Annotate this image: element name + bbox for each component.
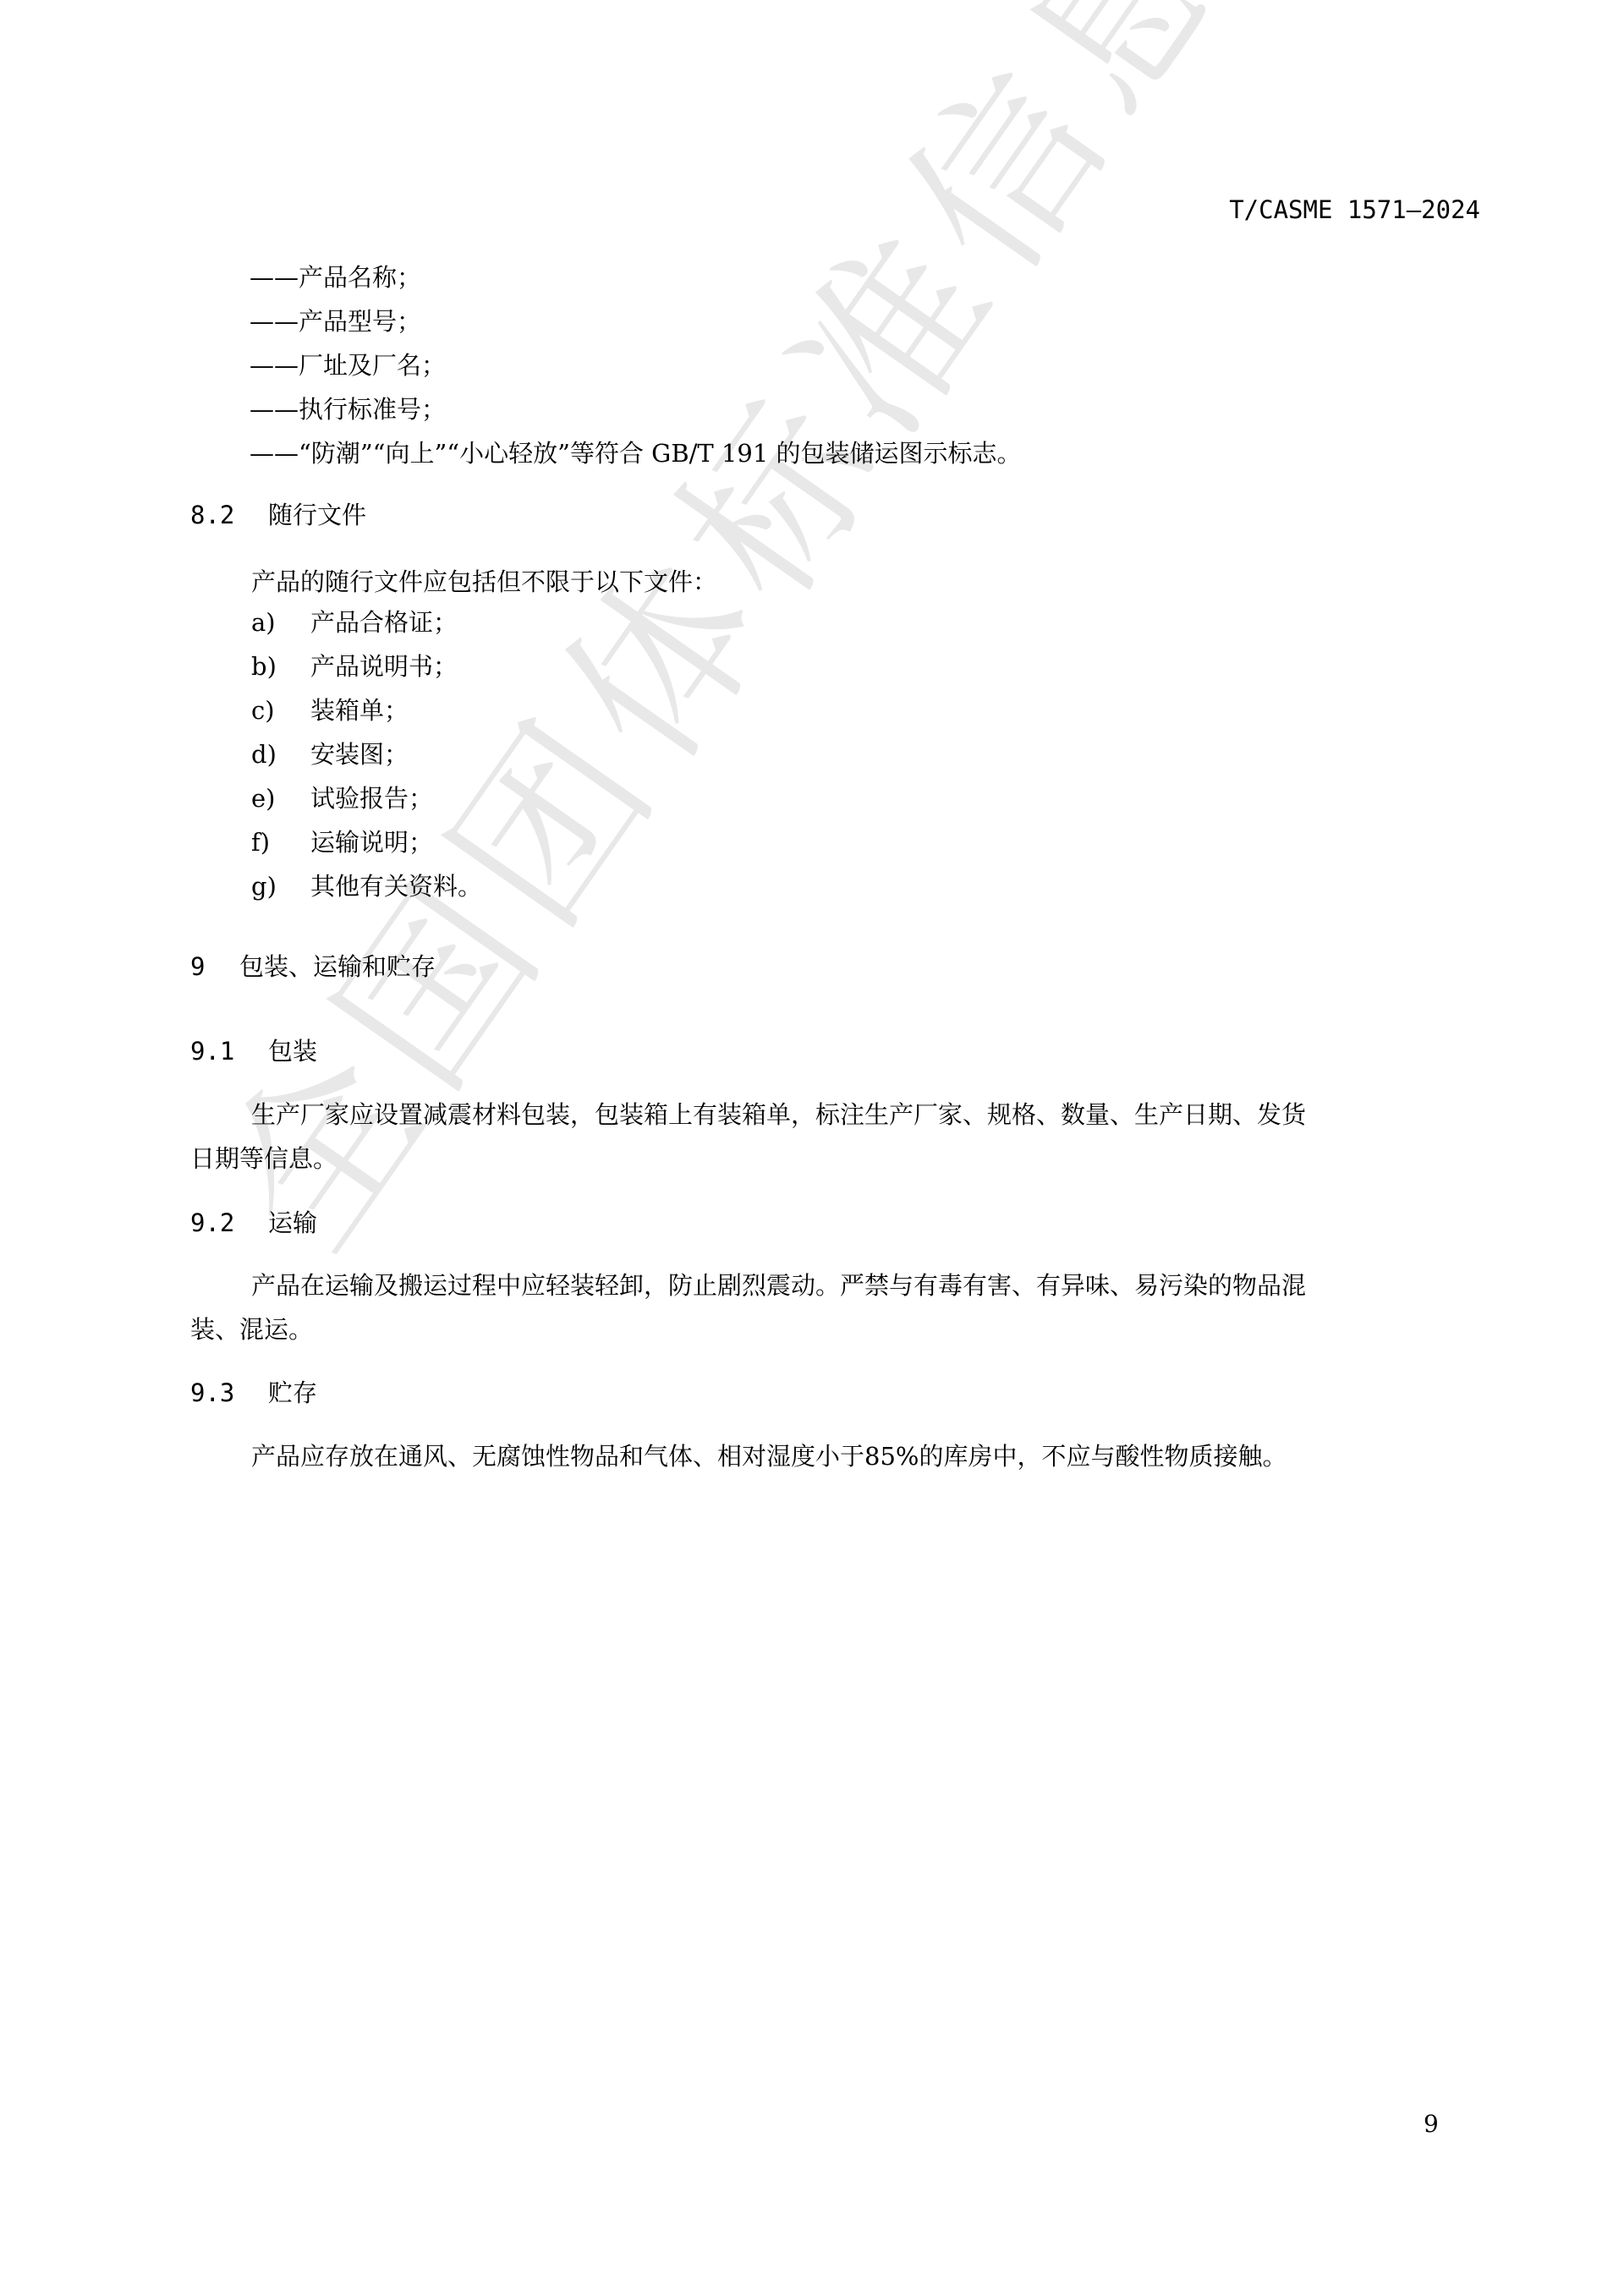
section-title: 包装 <box>268 1037 317 1066</box>
list-item: a)产品合格证； <box>251 611 458 635</box>
section-heading-9-2: 9.2运输 <box>190 1211 317 1236</box>
marking-item-standard-number: ——执行标准号； <box>250 397 446 422</box>
section-heading-8-2: 8.2随行文件 <box>190 503 366 528</box>
section-number: 8.2 <box>190 503 268 528</box>
section-title: 贮存 <box>268 1378 317 1407</box>
list-item: f)运输说明； <box>251 830 433 855</box>
section-title: 运输 <box>268 1208 317 1237</box>
section-heading-9-1: 9.1包装 <box>190 1039 317 1064</box>
marking-item-product-model: ——产品型号； <box>250 310 421 334</box>
list-item: g)其他有关资料。 <box>251 874 482 899</box>
list-item-label: g) <box>251 874 310 899</box>
section-9-3-paragraph: 产品应存放在通风、无腐蚀性物品和气体、相对湿度小于85%的库房中，不应与酸性物质… <box>251 1444 1287 1469</box>
list-item: c)装箱单； <box>251 699 409 723</box>
section-9-1-paragraph-line-1: 生产厂家应设置减震材料包装，包装箱上有装箱单，标注生产厂家、规格、数量、生产日期… <box>251 1103 1306 1127</box>
page-number: 9 <box>1424 2112 1439 2136</box>
list-item-text: 安装图； <box>310 740 409 769</box>
section-8-2-intro: 产品的随行文件应包括但不限于以下文件： <box>251 570 717 595</box>
list-item-text: 其他有关资料。 <box>310 872 482 901</box>
list-item-text: 装箱单； <box>310 696 409 725</box>
marking-item-storage-symbols: ——“防潮”“向上”“小心轻放”等符合 GB/T 191 的包装储运图示标志。 <box>250 441 1022 466</box>
list-item-label: a) <box>251 611 310 635</box>
list-item-label: e) <box>251 786 310 811</box>
list-item-label: b) <box>251 655 310 679</box>
section-number: 9.3 <box>190 1381 268 1406</box>
marking-item-factory: ——厂址及厂名； <box>250 353 446 378</box>
section-heading-9: 9包装、运输和贮存 <box>190 955 436 979</box>
list-item-text: 试验报告； <box>310 784 433 813</box>
section-9-1-paragraph-line-2: 日期等信息。 <box>190 1147 337 1171</box>
list-item: b)产品说明书； <box>251 655 458 679</box>
list-item-label: f) <box>251 830 310 855</box>
watermark: 全国团体标准信息平台 <box>152 0 1506 1291</box>
list-item-text: 运输说明； <box>310 828 433 857</box>
section-number: 9.2 <box>190 1211 268 1236</box>
marking-item-product-name: ——产品名称； <box>250 266 421 290</box>
list-item: d)安装图； <box>251 743 409 767</box>
section-number: 9 <box>190 955 239 979</box>
list-item-text: 产品说明书； <box>310 652 458 681</box>
section-number: 9.1 <box>190 1039 268 1064</box>
list-item: e)试验报告； <box>251 786 433 811</box>
section-heading-9-3: 9.3贮存 <box>190 1381 317 1406</box>
section-title: 随行文件 <box>268 501 366 529</box>
list-item-text: 产品合格证； <box>310 608 458 637</box>
document-id-header: T/CASME 1571—2024 <box>1229 198 1480 222</box>
section-title: 包装、运输和贮存 <box>239 952 436 981</box>
section-9-2-paragraph-line-1: 产品在运输及搬运过程中应轻装轻卸，防止剧烈震动。严禁与有毒有害、有异味、易污染的… <box>251 1274 1306 1298</box>
list-item-label: c) <box>251 699 310 723</box>
section-9-2-paragraph-line-2: 装、混运。 <box>190 1318 313 1342</box>
list-item-label: d) <box>251 743 310 767</box>
